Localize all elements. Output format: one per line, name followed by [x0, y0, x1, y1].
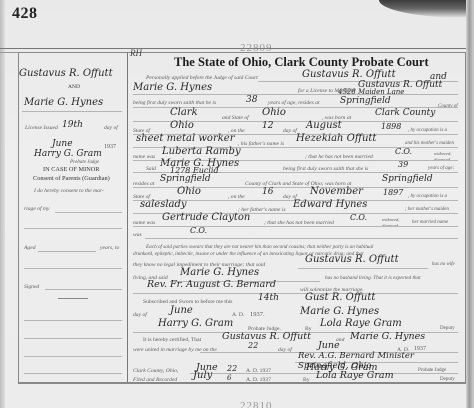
license-issued-day: 19th: [62, 120, 83, 130]
groom-county: Clark: [170, 107, 198, 118]
groom-birth-year: 1898: [381, 122, 401, 131]
signed-label: Signed: [24, 284, 39, 290]
marriage-month: June: [318, 340, 340, 351]
book-spine-shadow: [0, 0, 5, 408]
her-mother-label: ; her mother's maiden: [405, 207, 449, 212]
mother-label: and his mother's maiden: [405, 141, 454, 146]
oath-bride: Marie G. Hynes: [180, 267, 259, 278]
her-married-name-label: her married name: [412, 220, 448, 225]
bride-occupation: saleslady: [140, 199, 187, 210]
consent-line: [24, 268, 122, 269]
issuing-judge-signature: Harry G. Gram: [34, 149, 102, 159]
bride-prior-marriage: C.O.: [350, 213, 367, 222]
signed-line: [45, 289, 122, 290]
bride-birth-month: November: [310, 186, 363, 197]
deputy-signature: Lola Raye Gram: [320, 318, 402, 329]
filing-deputy-title: Deputy: [440, 377, 455, 382]
occupation-label: , by occupation is a: [408, 128, 447, 133]
consent-text-2: riage of my: [24, 206, 49, 212]
filed-label: Filed and Recorded: [133, 377, 177, 383]
officiant-line-1: Rev. A.G. Bernard Minister: [298, 351, 414, 361]
consent-text: I do hereby consent to the mar-: [34, 188, 104, 194]
rule: [133, 293, 458, 294]
filed-month: July: [193, 370, 212, 381]
no-husband-label: has no husband living. That it is expect…: [325, 275, 421, 281]
filed-ad: A. D. 1937: [246, 377, 271, 383]
page-corner-shadow: [379, 0, 474, 18]
groom-occupation: sheet metal worker: [136, 133, 234, 144]
filing-by-label: By: [303, 377, 310, 383]
officiant-name: Rev. Fr. August G. Bernard: [147, 279, 276, 290]
rule: [133, 94, 458, 95]
applied-label: Personally applied before the Judge of s…: [146, 75, 258, 81]
consent-line: [55, 212, 122, 213]
sworn-month: June: [170, 305, 193, 316]
consent-line: [24, 356, 122, 357]
ad-label: A. D.: [232, 312, 244, 318]
aged-line: [38, 251, 96, 252]
filed-day: 6: [227, 374, 231, 382]
oath-groom: Gustavus R. Offutt: [305, 254, 399, 265]
judge-signature: Harry G. Gram: [158, 318, 233, 329]
bride-birth-year: 1897: [383, 188, 403, 197]
bride-birthplace: Springfield: [382, 174, 433, 184]
applicant-bride: Marie G. Hynes: [133, 82, 212, 93]
county-label: Clark County, Ohio,: [133, 368, 178, 374]
oath-line-1: Each of said parties swears that they ar…: [146, 244, 373, 250]
bride-mother: Gertrude Clayton: [162, 212, 250, 223]
years-of-age-label: years of age;: [428, 166, 454, 171]
bride-birth-state: Ohio: [177, 186, 201, 197]
bride-residence-city: Springfield: [160, 174, 211, 184]
sworn-day: 14th: [258, 293, 279, 303]
consent-line: [24, 338, 122, 339]
margin-mark: RH: [130, 48, 142, 58]
court-title: The State of Ohio, Clark County Probate …: [174, 55, 429, 70]
certified-label: It is hereby certified, That: [143, 337, 201, 343]
widowed-divorced-label-2: widowed, divorced.: [382, 217, 408, 229]
cert-bride: Marie G. Hynes: [350, 331, 425, 342]
consent-heading: Consent of Parents (Guardian): [33, 175, 110, 182]
index-groom-name: Gustavus R. Offutt: [19, 68, 113, 79]
page-edge: [466, 0, 474, 408]
groom-birth-state: Ohio: [170, 120, 194, 131]
groom-father: Hezekiah Offutt: [296, 133, 376, 144]
groom-address: 4528 Maiden Lane: [338, 88, 404, 96]
groom-residence-city: Springfield: [340, 96, 391, 106]
bottom-rule: [18, 382, 465, 383]
applicant-groom: Gustavus R. Offutt: [302, 69, 396, 80]
sworn-year: 1937.: [250, 311, 265, 318]
index-bride-name: Marie G. Hynes: [24, 97, 103, 108]
and-label: AND: [68, 84, 80, 90]
bride-age: 39: [398, 160, 408, 169]
marriage-day: 22: [248, 341, 258, 350]
consent-line: [24, 320, 122, 321]
rule: [298, 268, 428, 269]
groom-signature: Gust R. Offutt: [305, 292, 375, 303]
license-issued-year: 1937: [104, 144, 116, 150]
page-number: 428: [12, 5, 38, 23]
received-day: 22: [227, 364, 237, 373]
bride-birth-day: 16: [262, 187, 273, 197]
groom-age: 38: [246, 95, 257, 105]
deputy-title: Deputy: [440, 326, 455, 331]
license-issued-month: June: [52, 139, 73, 149]
groom-state: Ohio: [262, 107, 286, 118]
was-label: was: [133, 232, 142, 238]
no-wife-label: has no wife: [432, 262, 455, 267]
consent-line: [24, 373, 122, 374]
consent-line: [24, 228, 122, 229]
bride-signature: Marie G. Hynes: [300, 306, 379, 317]
serial-number-bottom: 22810: [240, 400, 273, 408]
rule: [22, 111, 122, 112]
issuer-title: Probate Judge: [70, 160, 99, 165]
sworn-he-label: being first duly sworn saith that he is: [133, 100, 216, 106]
minor-heading: IN CASE OF MINOR: [43, 166, 100, 173]
day-of-label-3: day of: [133, 312, 147, 318]
rule: [133, 226, 458, 227]
groom-prior-marriage: C.O.: [395, 147, 412, 156]
column-divider: [127, 52, 128, 383]
ledger-page: 428 22809 22810 Gustavus R. Offutt AND M…: [0, 0, 474, 408]
groom-birth-month: August: [306, 120, 342, 131]
aged-label: Aged: [24, 245, 36, 251]
groom-birthplace: Clark County: [375, 108, 435, 118]
groom-birth-day: 12: [262, 121, 273, 131]
widowed-divorced-label: widowed, divorced.: [434, 151, 462, 163]
rule: [145, 238, 458, 239]
bride-father: Edward Hynes: [293, 199, 367, 210]
groom-mother: Luberta Ramby: [162, 146, 241, 157]
bride-married-name: C.O.: [190, 226, 207, 235]
years-to-label: years, to: [100, 245, 119, 251]
day-of-label: day of: [104, 125, 118, 131]
short-rule: [58, 298, 88, 299]
years-resides-label: years of age, resides at: [268, 100, 320, 106]
license-issued-label: License Issued: [25, 125, 58, 131]
occupation-label-2: , by occupation is a: [408, 194, 447, 199]
filing-deputy-signature: Lola Raye Gram: [316, 370, 394, 381]
cert-groom: Gustavus R. Offutt: [222, 331, 311, 342]
